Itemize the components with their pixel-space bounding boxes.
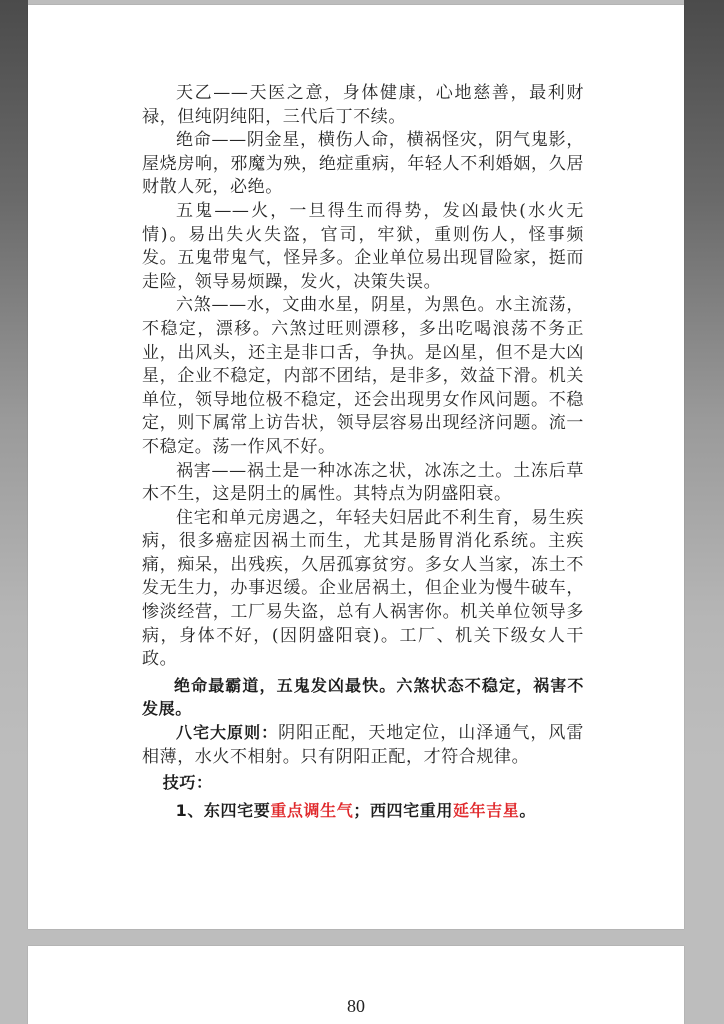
tip-item: 1、东四宅要重点调生气；西四宅重用延年吉星。: [142, 799, 584, 823]
tip-prefix: 1、东四宅要: [176, 801, 271, 820]
principle-paragraph: 八宅大原则：阴阳正配，天地定位，山泽通气，风雷相薄，水火不相射。只有阴阳正配，才…: [142, 721, 584, 769]
tip-middle: ；西四宅重用: [353, 801, 453, 820]
paragraph-tianyi: 天乙——天医之意，身体健康，心地慈善，最利财禄，但纯阴纯阳，三代后丁不续。: [142, 82, 584, 129]
tip-highlight-shengqi: 重点调生气: [270, 801, 353, 820]
tip-highlight-yannian: 延年吉星: [453, 801, 519, 820]
page-number: 80: [28, 996, 684, 1017]
document-page-next: 80: [28, 946, 684, 1024]
viewer-left-margin: [0, 0, 28, 1024]
summary-statement: 绝命最霸道，五鬼发凶最快。六煞状态不稳定，祸害不发展。: [142, 674, 584, 721]
tip-suffix: 。: [519, 801, 536, 820]
paragraph-liusha: 六煞——水，文曲水星，阴星，为黑色。水主流荡，不稳定，漂移。六煞过旺则漂移，多出…: [142, 294, 584, 459]
paragraph-zhuzhai: 住宅和单元房遇之，年轻夫妇居此不利生育，易生疾病，很多癌症因祸土而生，尤其是肠胃…: [142, 507, 584, 672]
paragraph-wugui: 五鬼——火，一旦得生而得势，发凶最快(水火无情)。易出失火失盗，官司，牢狱，重则…: [142, 200, 584, 294]
viewer-right-margin: [684, 0, 724, 1024]
paragraph-huohai: 祸害——祸土是一种冰冻之状，冰冻之土。土冻后草木不生，这是阴土的属性。其特点为阴…: [142, 460, 584, 507]
page-body: 天乙——天医之意，身体健康，心地慈善，最利财禄，但纯阴纯阳，三代后丁不续。 绝命…: [142, 82, 584, 822]
tips-heading: 技巧：: [142, 771, 584, 795]
paragraph-jueming: 绝命——阴金星，横伤人命，横祸怪灾，阴气鬼影，屋烧房响，邪魔为殃，绝症重病，年轻…: [142, 129, 584, 200]
principle-label: 八宅大原则：: [176, 723, 278, 742]
document-page: 天乙——天医之意，身体健康，心地慈善，最利财禄，但纯阴纯阳，三代后丁不续。 绝命…: [28, 5, 684, 929]
